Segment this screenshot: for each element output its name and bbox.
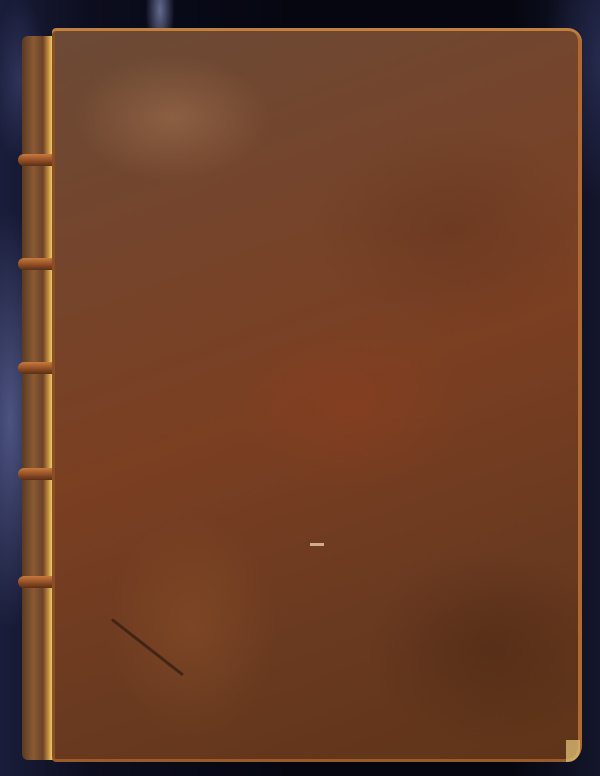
scuff-spot — [310, 543, 324, 546]
leather-cover — [52, 28, 582, 762]
scratch-mark — [111, 618, 184, 676]
antique-book — [22, 28, 582, 764]
corner-wear — [566, 740, 580, 762]
